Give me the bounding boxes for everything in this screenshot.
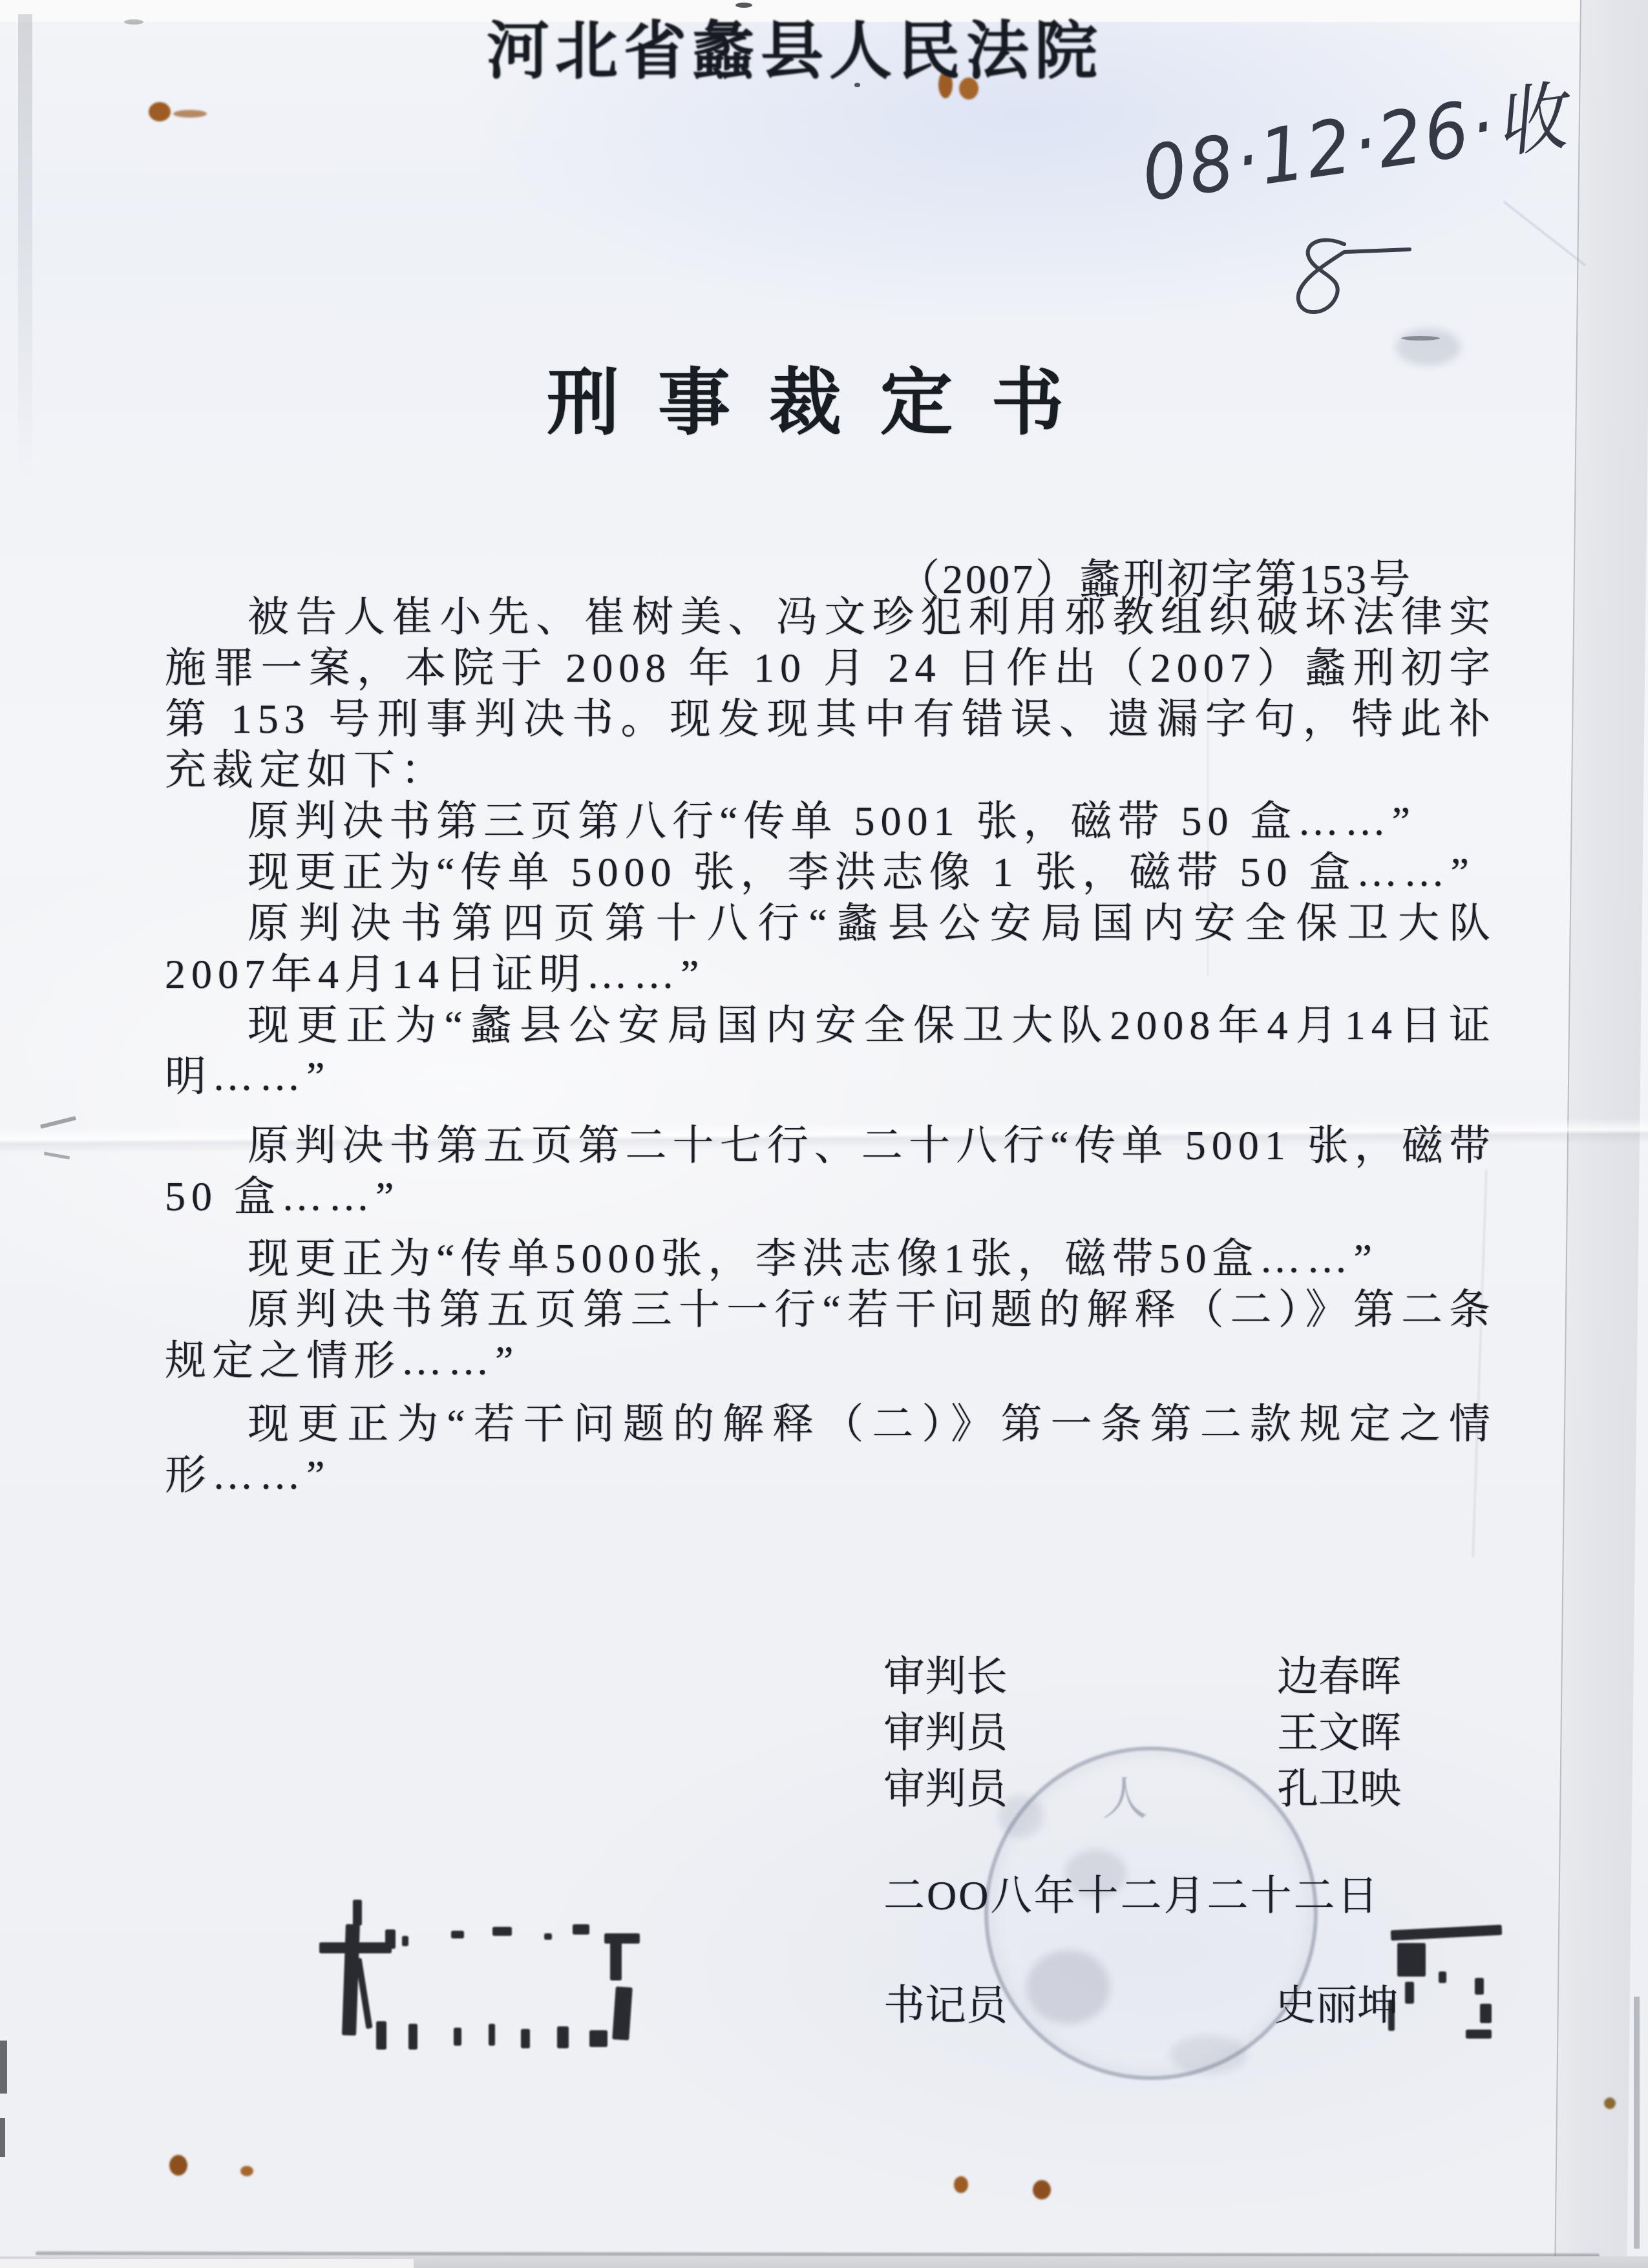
ink-blob (1397, 1943, 1426, 1977)
rust-stain (954, 2176, 968, 2193)
ink-blob (1405, 1982, 1414, 2004)
scan-backing-bottom (0, 2259, 414, 2268)
seal-smudge (998, 1795, 1044, 1838)
ink-blob (610, 1935, 622, 1980)
rust-stain (173, 110, 207, 118)
ink-blob (1391, 1925, 1503, 1941)
ink-blob (492, 1927, 512, 1936)
ink-blob (319, 1942, 392, 1953)
court-name: 河北省蠡县人民法院 (0, 0, 1590, 90)
ink-blob (353, 1900, 362, 1926)
ink-blob (385, 1929, 396, 1949)
clerk-role: 书记员 (883, 1972, 1008, 2032)
ink-blob (355, 1958, 372, 2029)
ink-blob (573, 1924, 589, 1935)
judge-role: 审判员 (883, 1756, 1008, 1798)
rust-stain (1033, 2180, 1051, 2200)
judgment-date: 二OO八年十二月二十二日 (883, 1862, 1413, 1922)
paper-edge-line (1634, 1997, 1640, 2249)
signature-row: 审判长 边春晖 (883, 1643, 1401, 1686)
clerk-name: 史丽坤 (1274, 1972, 1399, 2032)
ink-blob (408, 2024, 417, 2050)
scan-edge-mark (0, 2118, 5, 2157)
illegible-ink-stamp (291, 1874, 679, 2068)
body-paragraph: 原判决书第三页第八行“传单 5001 张，磁带 50 盒……” (165, 795, 1496, 846)
ink-blob (589, 2030, 607, 2047)
body-paragraph: 现更正为“传单5000张，李洪志像1张，磁带50盒……” (165, 1233, 1496, 1284)
rust-stain (149, 102, 171, 121)
ink-blob (489, 2024, 495, 2046)
ink-blob (544, 1933, 552, 1940)
ink-blob (1439, 1971, 1446, 1983)
ink-blob (1388, 2000, 1395, 2031)
ink-blob (1480, 2004, 1492, 2023)
ink-blob (402, 1936, 408, 1946)
body-paragraph: 原判决书第四页第十八行“蠡县公安局国内安全保卫大队2007年4月14日证明……” (165, 898, 1496, 1000)
seal-character: 人 (1103, 1763, 1148, 1828)
ink-blob (451, 1931, 464, 1938)
judge-role: 审判员 (883, 1699, 1008, 1742)
judge-role: 审判长 (883, 1643, 1008, 1686)
body-paragraph: 原判决书第五页第三十一行“若干问题的解释（二）》第二条规定之情形……” (165, 1284, 1496, 1386)
ink-blob (521, 2029, 530, 2048)
scan-edge-mark (0, 2041, 7, 2094)
document-title: 刑事裁定书 (547, 345, 1103, 449)
ink-blob (454, 2028, 461, 2046)
body-paragraph: 现更正为“传单 5000 张，李洪志像 1 张，磁带 50 盒……” (165, 846, 1496, 898)
ink-blob (557, 2026, 569, 2048)
body-paragraph: 现更正为“若干问题的解释（二）》第一条第二款规定之情形……” (165, 1398, 1496, 1500)
rust-stain (1604, 2097, 1616, 2109)
signature-row: 审判员 王文晖 (883, 1699, 1401, 1742)
ink-blob (1466, 2030, 1492, 2039)
ink-blob (342, 1924, 360, 2036)
ink-blob (612, 1986, 633, 2041)
body-paragraph: 现更正为“蠡县公安局国内安全保卫大队2008年4月14日证明……” (165, 1000, 1496, 1102)
judge-name: 边春晖 (1277, 1643, 1401, 1686)
document-body: 被告人崔小先、崔树美、冯文珍犯利用邪教组织破坏法律实施罪一案，本院于 2008 … (165, 591, 1496, 1500)
ink-blob (1475, 1978, 1484, 1995)
handwritten-page-number-mark (1283, 233, 1438, 349)
ink-blob (376, 2021, 386, 2050)
rust-stain (169, 2155, 187, 2176)
body-paragraph: 原判决书第五页第二十七行、二十八行“传单 5001 张，磁带50 盒……” (165, 1120, 1496, 1222)
partial-ink-stamp (1383, 1922, 1512, 2052)
rust-stain (240, 2166, 253, 2176)
judge-name: 王文晖 (1277, 1699, 1401, 1742)
seal-smudge (1170, 2035, 1247, 2074)
scan-background: 08·12·26·收 8 河北省蠡县人民法院 刑事裁定书 （2007）蠡刑初字第… (0, 0, 1648, 2268)
judge-name: 孔卫映 (1277, 1756, 1401, 1798)
clerk-row: 书记员 史丽坤 (883, 1972, 1399, 2032)
body-paragraph: 被告人崔小先、崔树美、冯文珍犯利用邪教组织破坏法律实施罪一案，本院于 2008 … (165, 591, 1496, 795)
handwritten-page-number: 8 (1318, 252, 1357, 341)
